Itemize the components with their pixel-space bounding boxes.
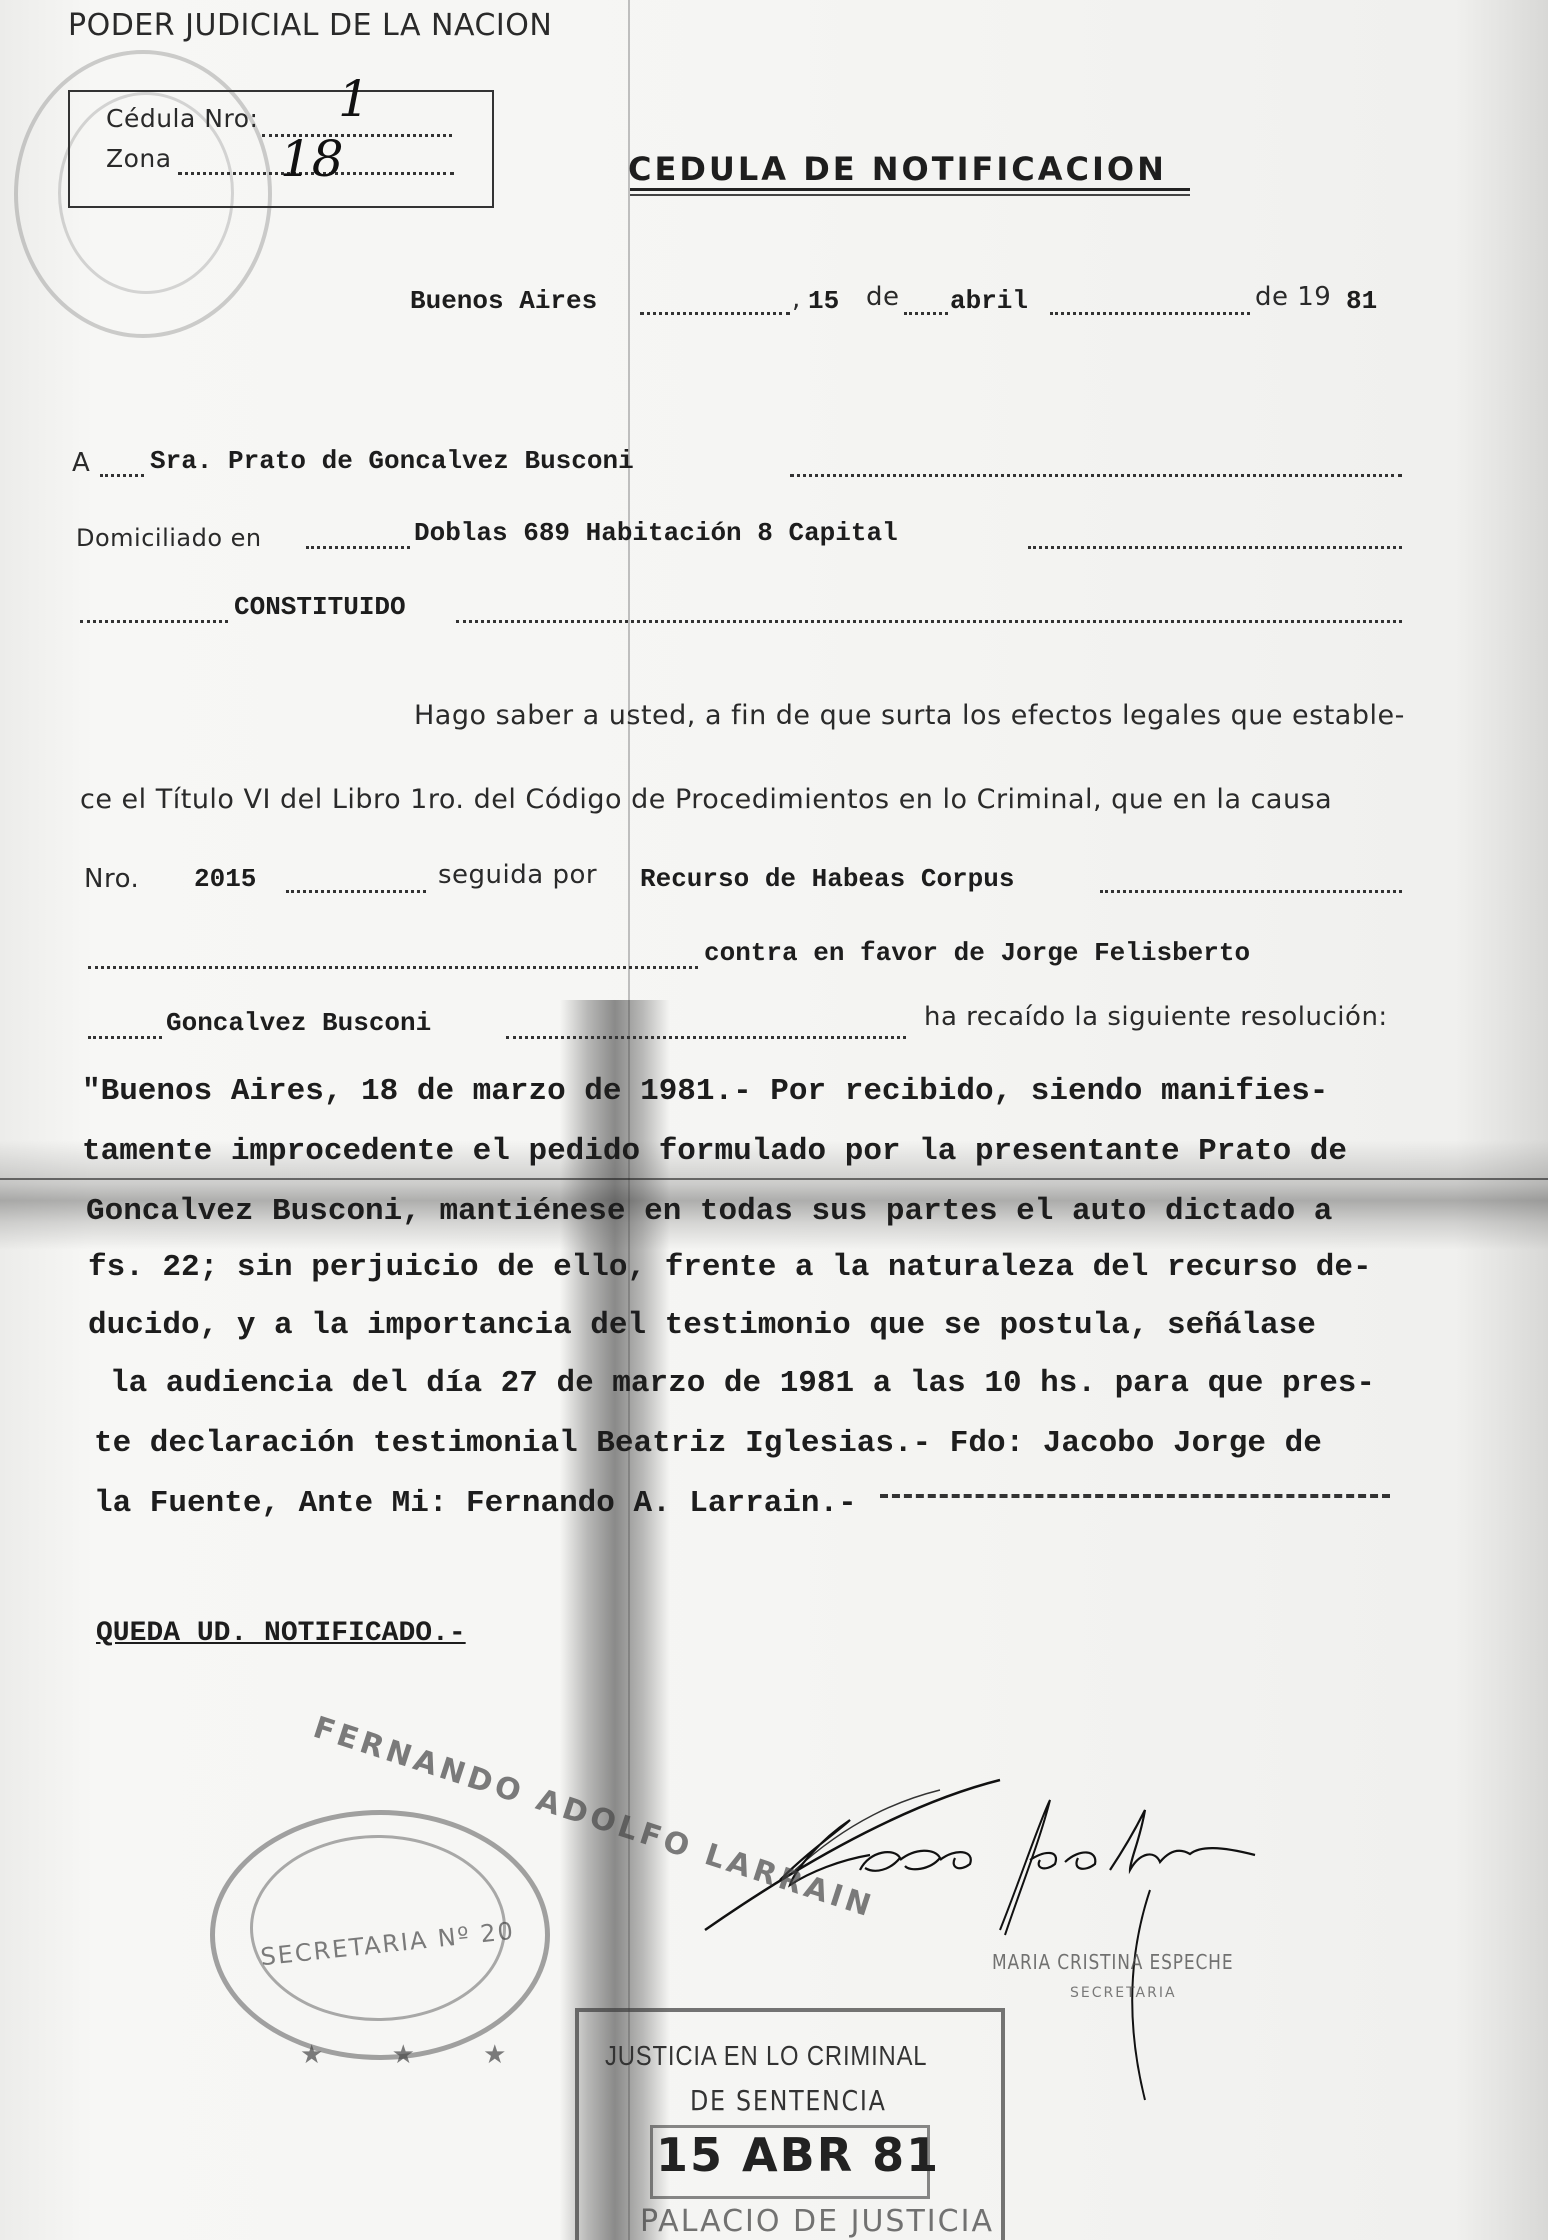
title-underline-second <box>630 194 1190 196</box>
horizontal-fold-line <box>0 1178 1548 1180</box>
resolution-line: ducido, y a la importancia del testimoni… <box>88 1308 1316 1343</box>
resolution-line: tamente improcedente el pedido formulado… <box>82 1134 1347 1169</box>
domicilio-address: Doblas 689 Habitación 8 Capital <box>414 518 898 548</box>
recipient-dots-lead <box>100 474 144 477</box>
resolution-line: la audiencia del día 27 de marzo de 1981… <box>110 1366 1375 1401</box>
cedula-number-label: Cédula Nro: <box>106 104 258 133</box>
court-stamp-line-2: DE SENTENCIA <box>690 2084 887 2117</box>
date-day: 15 <box>808 286 839 316</box>
court-stamp-line-1: JUSTICIA EN LO CRIMINAL <box>605 2040 927 2072</box>
date-de-label: de <box>866 282 900 312</box>
nro-dots <box>286 890 426 893</box>
resolucion-label: ha recaído la siguiente resolución: <box>924 1002 1388 1032</box>
causa-dots <box>1100 890 1402 893</box>
constituido-dots-lead <box>80 620 228 623</box>
date-dots-2 <box>904 312 948 315</box>
causa-cont-dots <box>88 966 698 969</box>
resolution-end-dash <box>880 1494 1390 1498</box>
causa-continuation-2: Goncalvez Busconi <box>166 1008 431 1038</box>
causa-number: 2015 <box>194 864 256 894</box>
causa-title: Recurso de Habeas Corpus <box>640 864 1014 894</box>
date-dots-1 <box>640 312 790 315</box>
organization-header: PODER JUDICIAL DE LA NACION <box>68 8 552 43</box>
zona-label: Zona <box>106 144 172 173</box>
seguida-label: seguida por <box>438 860 597 890</box>
constituido-dots-trail <box>456 620 1402 623</box>
received-date: 15 ABR 81 <box>656 2128 940 2182</box>
body-line-2: ce el Título VI del Libro 1ro. del Códig… <box>80 784 1332 815</box>
resolution-line: te declaración testimonial Beatriz Igles… <box>94 1426 1322 1461</box>
date-year-prefix: de 19 <box>1255 282 1331 312</box>
palacio-de-justicia-text: PALACIO DE JUSTICIA <box>640 2204 994 2239</box>
document-title: CEDULA DE NOTIFICACION <box>628 150 1167 188</box>
recipient-dots-trail <box>790 474 1402 477</box>
resolution-line: Goncalvez Busconi, mantiénese en todas s… <box>86 1194 1332 1229</box>
causa-cont2-dots-lead <box>88 1036 162 1039</box>
date-comma: , <box>792 284 801 314</box>
title-underline <box>630 188 1190 191</box>
causa-cont2-dots-trail <box>506 1036 906 1039</box>
causa-continuation: contra en favor de Jorge Felisberto <box>704 938 1250 968</box>
nro-label: Nro. <box>84 864 139 894</box>
body-line-1: Hago saber a usted, a fin de que surta l… <box>414 700 1405 731</box>
date-dots-3 <box>1050 312 1250 315</box>
circle-stamp-stars: ★ ★ ★ <box>300 2040 536 2070</box>
secretary-title-stamp: SECRETARIA <box>1070 1985 1177 2001</box>
recipient-name: Sra. Prato de Goncalvez Busconi <box>150 446 634 476</box>
constituido-text: CONSTITUIDO <box>234 592 406 622</box>
domicilio-label: Domiciliado en <box>76 524 262 552</box>
date-month: abril <box>950 286 1028 316</box>
resolution-line: la Fuente, Ante Mi: Fernando A. Larrain.… <box>94 1486 857 1521</box>
zona-number-handwritten: 18 <box>280 130 344 188</box>
resolution-line: "Buenos Aires, 18 de marzo de 1981.- Por… <box>82 1074 1328 1109</box>
notification-closing: QUEDA UD. NOTIFICADO.- <box>96 1618 466 1649</box>
secretary-name-stamp: MARIA CRISTINA ESPECHE <box>992 1950 1233 1974</box>
domicilio-dots-trail <box>1028 546 1402 549</box>
cedula-number-handwritten: 1 <box>338 70 370 128</box>
domicilio-dots-lead <box>306 546 410 549</box>
date-city: Buenos Aires <box>410 286 597 316</box>
recipient-a-label: A <box>72 448 90 478</box>
date-year-suffix: 81 <box>1346 286 1377 316</box>
resolution-line: fs. 22; sin perjuicio de ello, frente a … <box>88 1250 1372 1285</box>
